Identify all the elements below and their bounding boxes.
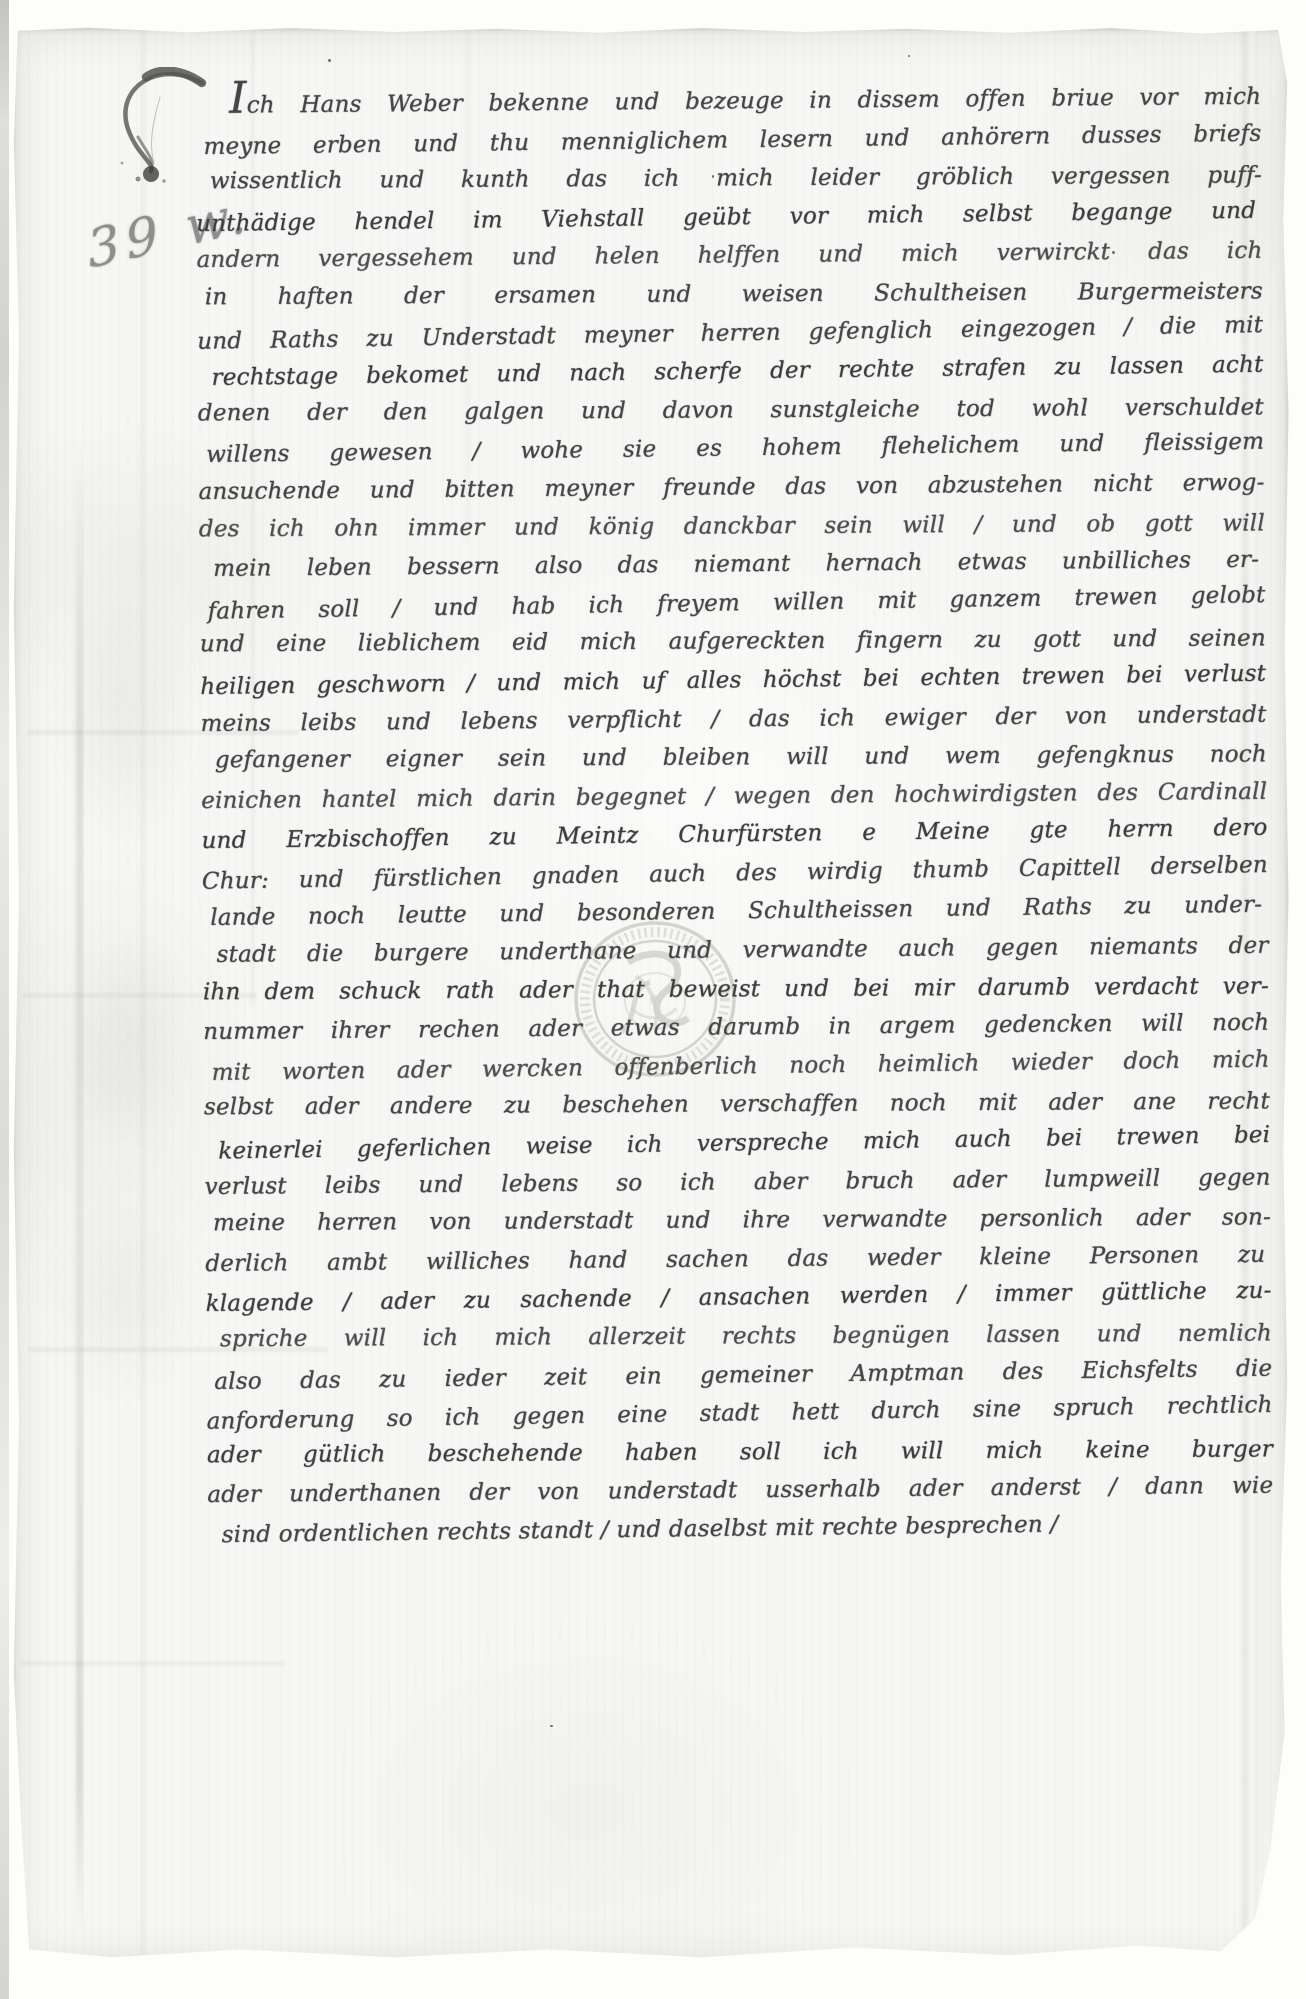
fold-crease (20, 1661, 285, 1666)
manuscript-line: sind ordentlichen rechts standt / und da… (207, 1508, 882, 1555)
manuscript-line: meine herren von understadt und ihre ver… (205, 1199, 1271, 1244)
ink-blot (143, 166, 159, 182)
manuscript-paper: 39 w. Ich Hans Weber bekenne und bezeuge… (10, 25, 1291, 1965)
scanned-manuscript-page: 39 w. Ich Hans Weber bekenne und bezeuge… (0, 0, 1306, 1999)
manuscript-text: Ich Hans Weber bekenne und bezeuge in di… (195, 78, 1274, 1554)
manuscript-line: gefangener eigner sein und bleiben will … (201, 735, 1267, 780)
ink-bleed-ghost (38, 1200, 208, 1410)
fold-crease (76, 445, 83, 1925)
manuscript-line: ader underthanen der von understadt usse… (207, 1467, 1273, 1515)
fold-crease (140, 25, 145, 1965)
manuscript-line: ihn dem schuck rath ader that beweist un… (203, 967, 1269, 1012)
scanner-edge-shadow (0, 0, 9, 1999)
manuscript-line: ader gütlich beschehende haben soll ich … (207, 1430, 1273, 1475)
manuscript-line: des ich ohn immer und könig danckbar sei… (199, 504, 1265, 549)
ink-speck (550, 1725, 553, 1727)
ink-speck (908, 55, 910, 57)
ink-bleed-ghost (50, 580, 200, 850)
ink-bleed-ghost (65, 920, 195, 1150)
ink-speck (328, 59, 331, 62)
